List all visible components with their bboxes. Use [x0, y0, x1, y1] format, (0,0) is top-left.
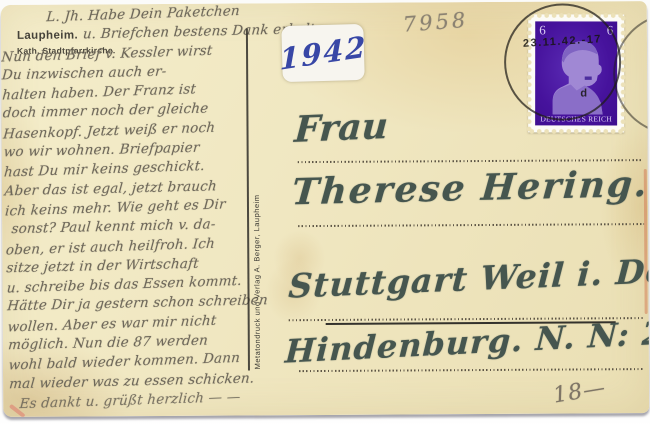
address-city: Stuttgart Weil i. Dorf. [287, 249, 649, 306]
address-recipient-name: Therese Hering. [290, 163, 649, 214]
postmark-date: 23.11.42.-17 [500, 32, 625, 51]
address-rule-2 [298, 223, 644, 227]
message-text: L. Jh. Habe Dein Paketchenu. Briefchen b… [1, 2, 280, 413]
year-label: 1942 [279, 29, 367, 77]
pencil-number: 7958 [402, 8, 469, 37]
address-rule-1 [298, 159, 642, 163]
address-recipient-title: Frau [293, 105, 389, 151]
pencil-price-note: 18— [551, 375, 607, 408]
publisher-imprint: Metatondruck und Verlag A. Berger, Lauph… [251, 69, 262, 369]
year-sticker: 1942 [281, 24, 364, 82]
address-rule-4 [299, 368, 643, 372]
postmark-index-letter: d [580, 87, 587, 99]
postmark-circle: 23.11.42.-17 d [504, 3, 622, 121]
scanned-postcard-page: { "scan": { "caption": { "title": "Lauph… [0, 0, 650, 425]
stamp-perforation [528, 128, 624, 134]
postcard: Laupheim. Kath. Stadtpfarrkirche. L. Jh.… [1, 1, 650, 417]
